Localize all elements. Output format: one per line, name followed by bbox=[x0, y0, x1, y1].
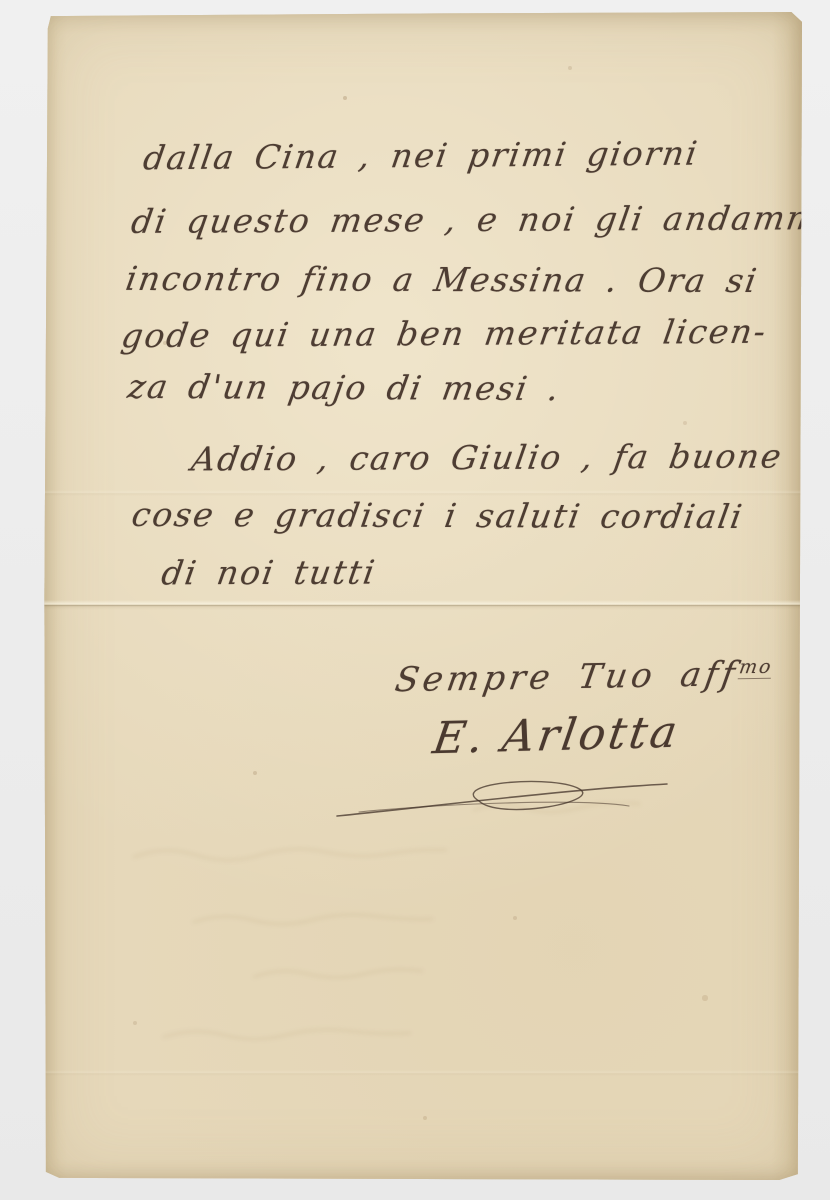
signature-flourish bbox=[329, 768, 674, 828]
bleed-through-marks bbox=[74, 802, 774, 1102]
fold-crease bbox=[44, 600, 802, 610]
letter-paper: dalla Cina , nei primi giorni di questo … bbox=[44, 12, 802, 1180]
letter-line: Addio , caro Giulio , fa buone bbox=[189, 438, 785, 477]
scan-background: { "letter": { "language": "Italian", "ki… bbox=[0, 0, 830, 1200]
letter-line: di questo mese , e noi gli andammo bbox=[129, 200, 830, 240]
signature: E. Arlotta bbox=[430, 707, 684, 764]
letter-line: gode qui una ben meritata licen- bbox=[119, 314, 770, 355]
letter-line: dalla Cina , nei primi giorni bbox=[141, 136, 701, 177]
closing-superscript: mo bbox=[738, 656, 775, 679]
letter-line: za d'un pajo di mesi . bbox=[125, 369, 563, 408]
letter-line: di noi tutti bbox=[159, 555, 379, 592]
paper-specks bbox=[44, 12, 46, 14]
letter-line: cose e gradisci i saluti cordiali bbox=[129, 497, 746, 535]
letter-closing: Sempre Tuo affmo bbox=[392, 654, 774, 701]
closing-text: Sempre Tuo aff bbox=[392, 654, 741, 700]
fold-crease-faint-lower bbox=[44, 1070, 802, 1076]
letter-line: incontro fino a Messina . Ora si bbox=[123, 261, 761, 300]
